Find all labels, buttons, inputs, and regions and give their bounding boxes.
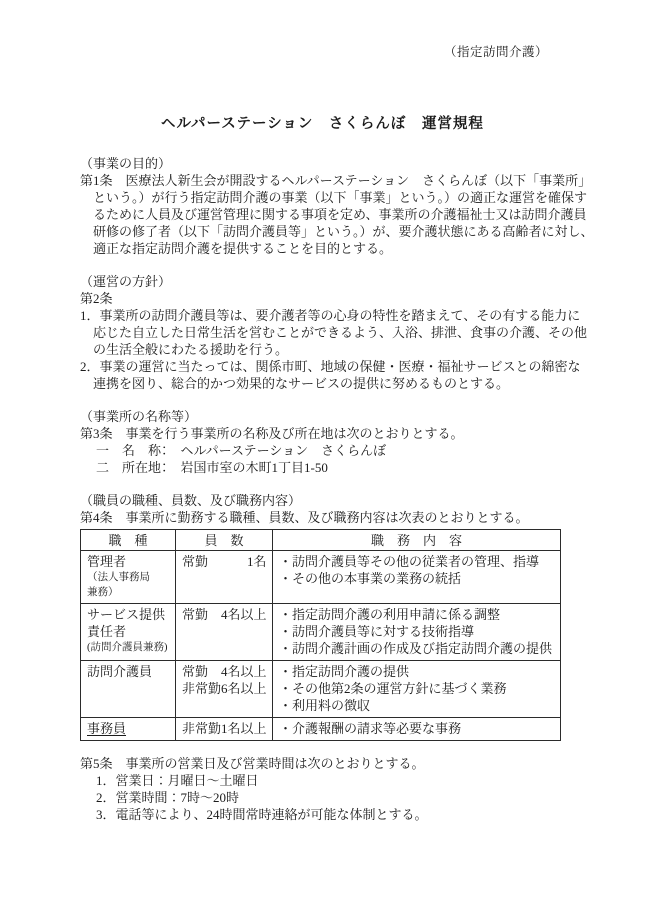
text-line: 二 所在地： 岩国市室の木町1丁目1-50 [80,459,564,476]
staff-row-manager: 管理者 （法人事務局兼務） 常勤 1名 ・訪問介護員等その他の従業者の管理、指導… [81,551,561,604]
text-line: 兼務） [87,585,171,600]
text-line: 1．営業日：月曜日～土曜日 [80,772,564,789]
staff-table-header-row: 職 種 員 数 職 務 内 容 [81,530,561,551]
text-line: ・その他第2条の運営方針に基づく業務 [279,680,556,697]
text-line: 第1条 医療法人新生会が開設するヘルパーステーション さくらんぼ（以下「事業所」 [80,172,564,189]
role-cell: 管理者 （法人事務局兼務） [81,551,176,604]
staff-row-clerk: 事務員 非常勤1名以上 ・介護報酬の請求等必要な事務 [81,718,561,741]
staff-row-service-manager: サービス提供責任者 (訪問介護員兼務) 常勤 4名以上 ・指定訪問介護の利用申請… [81,604,561,661]
text-line: 責任者 [87,623,171,640]
role-cell: サービス提供責任者 (訪問介護員兼務) [81,604,176,661]
section-purpose-heading: （事業の目的） [80,155,564,172]
text-line: ・介護報酬の請求等必要な事務 [279,720,556,737]
text-line: 訪問介護員 [87,663,171,680]
text-line: ・指定訪問介護の利用申請に係る調整 [279,606,556,623]
text-line: ・訪問介護員等に対する技術指導 [279,623,556,640]
text-line: るために人員及び運営管理に関する事項を定め、事業所の介護福祉士又は訪問介護員 [80,206,564,223]
text-line: 研修の修了者（以下「訪問介護員等」という。）が、要介護状態にある高齢者に対し、 [80,223,564,240]
text-line: 適正な指定訪問介護を提供することを目的とする。 [80,240,564,257]
count-cell: 非常勤1名以上 [176,718,273,741]
document-body: （事業の目的） 第1条 医療法人新生会が開設するヘルパーステーション さくらんぼ… [80,155,564,823]
role-note: (訪問介護員兼務) [87,640,171,655]
article-2-item-2: 2．事業の運営に当たっては、関係市町、地域の保健・医療・福祉サービスとの綿密な連… [80,358,564,392]
text-line: ・利用料の徴収 [279,697,556,714]
count-cell: 常勤 1名 [176,551,273,604]
role-cell: 訪問介護員 [81,661,176,718]
text-line: の生活全般にわたる援助を行う。 [80,341,564,358]
section-policy-heading: （運営の方針） [80,273,564,290]
section-hours: 第5条 事業所の営業日及び営業時間は次のとおりとする。 1．営業日：月曜日～土曜… [80,755,564,823]
text-line: ・その他の本事業の業務の統括 [279,570,556,587]
text-line: 応じた自立した日常生活を営むことができるよう、入浴、排泄、食事の介護、その他 [80,324,564,341]
text-line: 連携を図り、総合的かつ効果的なサービスの提供に努めるものとする。 [80,375,564,392]
text-line: 常勤 1名 [182,553,268,570]
section-name-heading: （事業所の名称等） [80,408,564,425]
duties-cell: ・訪問介護員等その他の従業者の管理、指導・その他の本事業の業務の統括 [273,551,561,604]
role-name: サービス提供責任者 [87,606,171,640]
col-header-count: 員 数 [176,530,273,551]
role-name: 訪問介護員 [87,663,171,680]
article-5-items: 1．営業日：月曜日～土曜日2．営業時間：7時～20時3．電話等により、24時間常… [80,772,564,823]
text-line: 2．事業の運営に当たっては、関係市町、地域の保健・医療・福祉サービスとの綿密な [80,358,564,375]
text-line: サービス提供 [87,606,171,623]
section-staff-heading: （職員の職種、員数、及び職務内容） [80,492,564,509]
role-cell: 事務員 [81,718,176,741]
section-name-location: （事業所の名称等） 第3条 事業を行う事業所の名称及び所在地は次のとおりとする。… [80,408,564,476]
duties-cell: ・指定訪問介護の利用申請に係る調整・訪問介護員等に対する技術指導・訪問介護計画の… [273,604,561,661]
text-line: 非常勤6名以上 [182,680,268,697]
article-2-item-1: 1．事業所の訪問介護員等は、要介護者等の心身の特性を踏まえて、その有する能力に応… [80,307,564,358]
staff-table: 職 種 員 数 職 務 内 容 管理者 （法人事務局兼務） 常勤 1名 ・訪問介… [80,529,561,741]
text-line: ・指定訪問介護の提供 [279,663,556,680]
text-line: 1．事業所の訪問介護員等は、要介護者等の心身の特性を踏まえて、その有する能力に [80,307,564,324]
text-line: 2．営業時間：7時～20時 [80,789,564,806]
text-line: （法人事務局 [87,570,171,585]
role-name: 管理者 [87,553,171,570]
text-line: 非常勤1名以上 [182,720,268,737]
text-line: (訪問介護員兼務) [87,640,171,655]
text-line: 一 名 称： ヘルパーステーション さくらんぼ [80,442,564,459]
col-header-role: 職 種 [81,530,176,551]
duties-cell: ・指定訪問介護の提供・その他第2条の運営方針に基づく業務・利用料の徴収 [273,661,561,718]
article-5-text: 第5条 事業所の営業日及び営業時間は次のとおりとする。 [80,755,564,772]
text-line: 管理者 [87,553,171,570]
text-line: ・訪問介護員等その他の従業者の管理、指導 [279,553,556,570]
page-title: ヘルパーステーション さくらんぼ 運営規程 [0,112,645,133]
article-3-text: 第3条 事業を行う事業所の名称及び所在地は次のとおりとする。 [80,425,564,442]
text-line: ・訪問介護計画の作成及び指定訪問介護の提供 [279,640,556,657]
count-cell: 常勤 4名以上 [176,604,273,661]
text-line: 常勤 4名以上 [182,663,268,680]
article-3-items: 一 名 称： ヘルパーステーション さくらんぼ二 所在地： 岩国市室の木町1丁目… [80,442,564,476]
role-name: 事務員 [87,720,171,737]
role-note: （法人事務局兼務） [87,570,171,600]
count-cell: 常勤 4名以上非常勤6名以上 [176,661,273,718]
duties-cell: ・介護報酬の請求等必要な事務 [273,718,561,741]
text-line: 事務員 [87,720,171,737]
text-line: 3．電話等により、24時間常時連絡が可能な体制とする。 [80,806,564,823]
staff-row-helper: 訪問介護員 常勤 4名以上非常勤6名以上 ・指定訪問介護の提供・その他第2条の運… [81,661,561,718]
article-4-text: 第4条 事業所に勤務する職種、員数、及び職務内容は次表のとおりとする。 [80,509,564,526]
section-policy: （運営の方針） 第2条 1．事業所の訪問介護員等は、要介護者等の心身の特性を踏ま… [80,273,564,392]
text-line: という。）が行う指定訪問介護の事業（以下「事業」という。）の適正な運営を確保す [80,189,564,206]
section-purpose: （事業の目的） 第1条 医療法人新生会が開設するヘルパーステーション さくらんぼ… [80,155,564,257]
corner-note: （指定訪問介護） [444,42,548,60]
text-line: 常勤 4名以上 [182,606,268,623]
article-1-paragraph: 第1条 医療法人新生会が開設するヘルパーステーション さくらんぼ（以下「事業所」… [80,172,564,257]
col-header-duties: 職 務 内 容 [273,530,561,551]
document-page: （指定訪問介護） ヘルパーステーション さくらんぼ 運営規程 （事業の目的） 第… [0,0,645,913]
article-2-label: 第2条 [80,290,564,307]
section-staff: （職員の職種、員数、及び職務内容） 第4条 事業所に勤務する職種、員数、及び職務… [80,492,564,741]
